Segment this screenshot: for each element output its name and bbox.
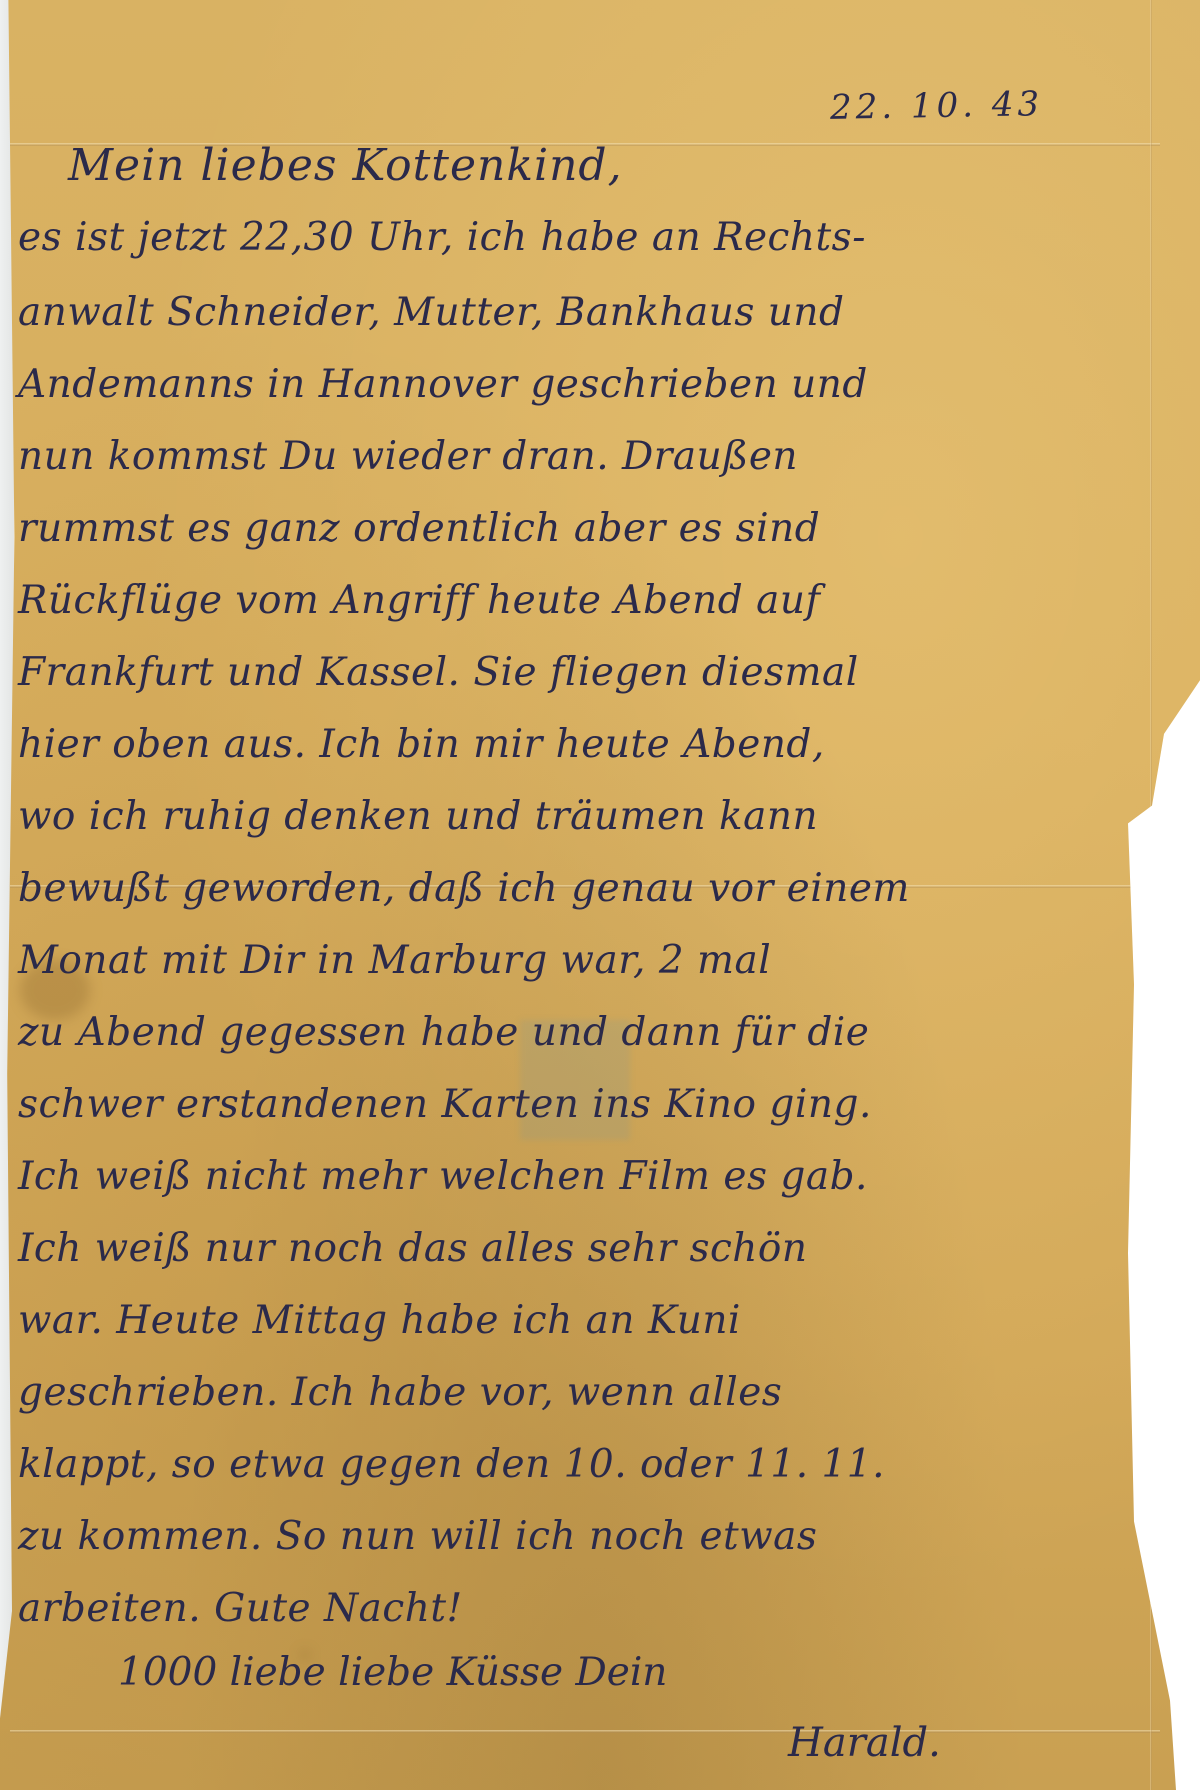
letter-line: rummst es ganz ordentlich aber es sind	[18, 506, 820, 551]
paper-fold	[10, 1730, 1160, 1733]
letter-salutation: Mein liebes Kottenkind,	[68, 140, 623, 191]
paper-fold-vertical	[1150, 0, 1152, 1790]
letter-line: Frankfurt und Kassel. Sie fliegen diesma…	[18, 650, 859, 695]
letter-closing: 1000 liebe liebe Küsse Dein	[118, 1650, 667, 1695]
letter-line: Monat mit Dir in Marburg war, 2 mal	[18, 938, 771, 983]
letter-line: war. Heute Mittag habe ich an Kuni	[18, 1298, 741, 1343]
letter-line: wo ich ruhig denken und träumen kann	[18, 794, 818, 839]
letter-line: zu kommen. So nun will ich noch etwas	[18, 1514, 817, 1559]
letter-line: Ich weiß nicht mehr welchen Film es gab.	[18, 1154, 868, 1199]
letter-line: klappt, so etwa gegen den 10. oder 11. 1…	[18, 1442, 885, 1487]
letter-line: hier oben aus. Ich bin mir heute Abend,	[18, 722, 825, 767]
letter-line: Ich weiß nur noch das alles sehr schön	[18, 1226, 808, 1271]
letter-line: arbeiten. Gute Nacht!	[18, 1586, 463, 1631]
letter-line: bewußt geworden, daß ich genau vor einem	[18, 866, 910, 911]
letter-date: 22. 10. 43	[830, 84, 1044, 128]
letter-line: Andemanns in Hannover geschrieben und	[18, 362, 868, 407]
letter-signature: Harald.	[788, 1720, 941, 1766]
letter-line: nun kommst Du wieder dran. Draußen	[18, 434, 798, 479]
letter-paper: 22. 10. 43 Mein liebes Kottenkind, es is…	[0, 0, 1200, 1790]
letter-line: schwer erstandenen Karten ins Kino ging.	[18, 1082, 872, 1127]
letter-line: zu Abend gegessen habe und dann für die	[18, 1010, 869, 1055]
letter-line: anwalt Schneider, Mutter, Bankhaus und	[18, 290, 844, 335]
letter-line: es ist jetzt 22,30 Uhr, ich habe an Rech…	[18, 215, 866, 260]
letter-line: geschrieben. Ich habe vor, wenn alles	[18, 1370, 782, 1415]
letter-line: Rückflüge vom Angriff heute Abend auf	[18, 578, 820, 623]
